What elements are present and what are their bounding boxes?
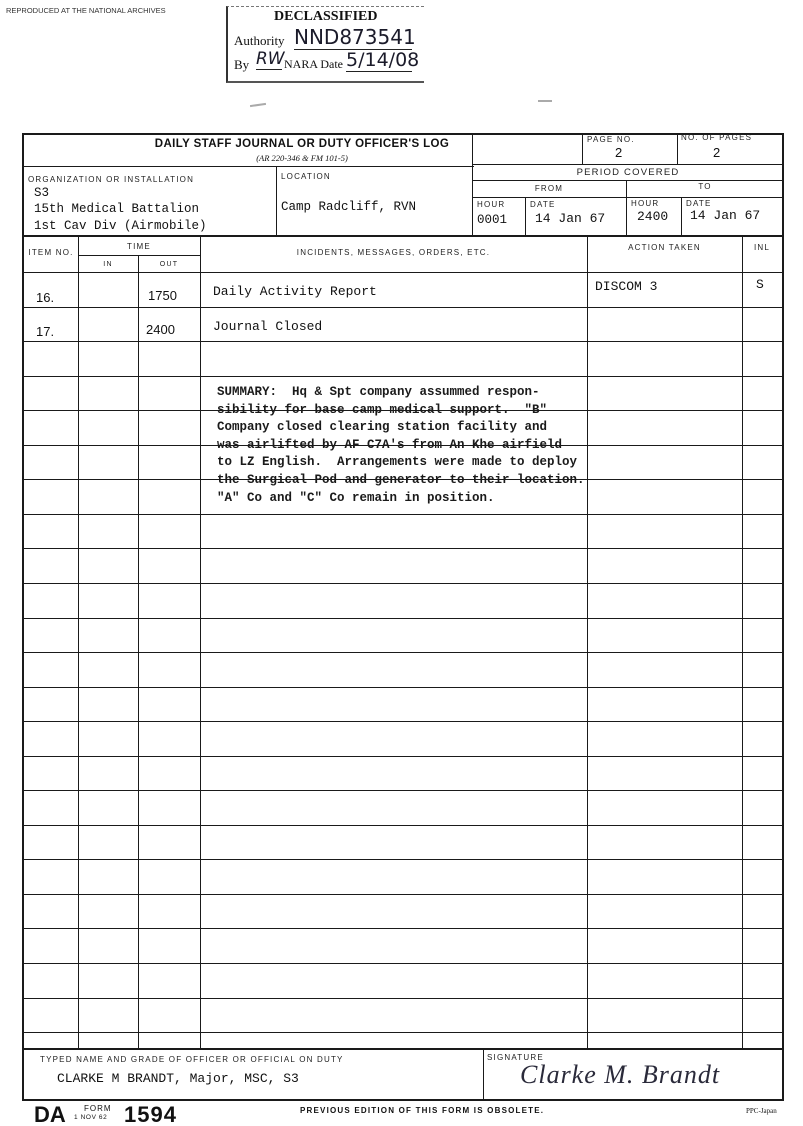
printer-mark: PPC-Japan — [746, 1107, 777, 1115]
page-no-value: 2 — [615, 145, 622, 160]
to-date-label: DATE — [686, 199, 712, 208]
form-number: 1594 — [124, 1102, 177, 1126]
form-date: 1 NOV 62 — [74, 1114, 107, 1121]
from-date-label: DATE — [530, 200, 556, 209]
obsolete-note: PREVIOUS EDITION OF THIS FORM IS OBSOLET… — [300, 1106, 544, 1115]
header-action-taken: ACTION TAKEN — [587, 243, 742, 252]
form-da: DA — [34, 1102, 66, 1126]
signature: Clarke M. Brandt — [520, 1060, 720, 1090]
header-time-in: IN — [78, 261, 138, 268]
typed-name-label: TYPED NAME AND GRADE OF OFFICER OR OFFIC… — [40, 1055, 344, 1064]
stamp-authority-value: NND873541 — [294, 25, 412, 50]
stray-mark — [538, 100, 552, 102]
stamp-date-value: 5/14/08 — [346, 49, 412, 72]
from-label: FROM — [472, 184, 626, 193]
form-title: DAILY STAFF JOURNAL OR DUTY OFFICER'S LO… — [22, 138, 582, 150]
to-label: TO — [626, 182, 784, 191]
row-16-out: 1750 — [148, 288, 177, 303]
from-date-value: 14 Jan 67 — [535, 211, 605, 226]
to-hour-value: 2400 — [637, 209, 668, 224]
stamp-title: DECLASSIFIED — [274, 9, 377, 25]
form-word: FORM — [84, 1104, 112, 1113]
row-16-item: 16. — [36, 290, 54, 305]
typed-name-value: CLARKE M BRANDT, Major, MSC, S3 — [57, 1071, 299, 1086]
from-hour-value: 0001 — [477, 213, 507, 227]
location-label: LOCATION — [281, 172, 331, 181]
org-label: ORGANIZATION OR INSTALLATION — [28, 175, 194, 184]
header-inl: INL — [742, 243, 782, 252]
row-16-inl: S — [756, 277, 764, 292]
header-time: TIME — [78, 242, 200, 251]
stamp-authority-label: Authority — [234, 33, 285, 49]
org-line-3: 1st Cav Div (Airmobile) — [34, 219, 207, 233]
org-line-1: S3 — [34, 186, 49, 200]
to-hour-label: HOUR — [631, 199, 659, 208]
summary-text: SUMMARY: Hq & Spt company assummed respo… — [217, 384, 585, 507]
row-17-out: 2400 — [146, 322, 175, 337]
to-date-value: 14 Jan 67 — [690, 208, 760, 223]
row-16-action: DISCOM 3 — [595, 279, 657, 294]
stray-mark — [250, 103, 266, 107]
no-of-pages-value: 2 — [713, 145, 720, 160]
row-17-item: 17. — [36, 324, 54, 339]
page-no-label: PAGE NO. — [587, 135, 635, 144]
stamp-by-value: RW — [256, 49, 282, 70]
header-item-no: ITEM NO. — [24, 248, 78, 258]
archive-header: REPRODUCED AT THE NATIONAL ARCHIVES — [6, 6, 166, 15]
form-subtitle: (AR 220-346 & FM 101-5) — [22, 153, 582, 163]
stamp-by-label: By — [234, 57, 249, 73]
row-16-incident: Daily Activity Report — [213, 284, 377, 299]
no-of-pages-label: NO. OF PAGES — [681, 133, 752, 142]
row-17-incident: Journal Closed — [213, 319, 322, 334]
header-time-out: OUT — [138, 261, 200, 268]
declassified-stamp: DECLASSIFIED Authority NND873541 By RW N… — [226, 6, 424, 83]
period-covered-label: PERIOD COVERED — [472, 167, 784, 178]
header-incidents: INCIDENTS, MESSAGES, ORDERS, ETC. — [200, 248, 587, 257]
from-hour-label: HOUR — [477, 200, 505, 209]
org-line-2: 15th Medical Battalion — [34, 202, 199, 216]
location-value: Camp Radcliff, RVN — [281, 200, 416, 214]
stamp-nara-label: NARA Date — [284, 57, 343, 72]
